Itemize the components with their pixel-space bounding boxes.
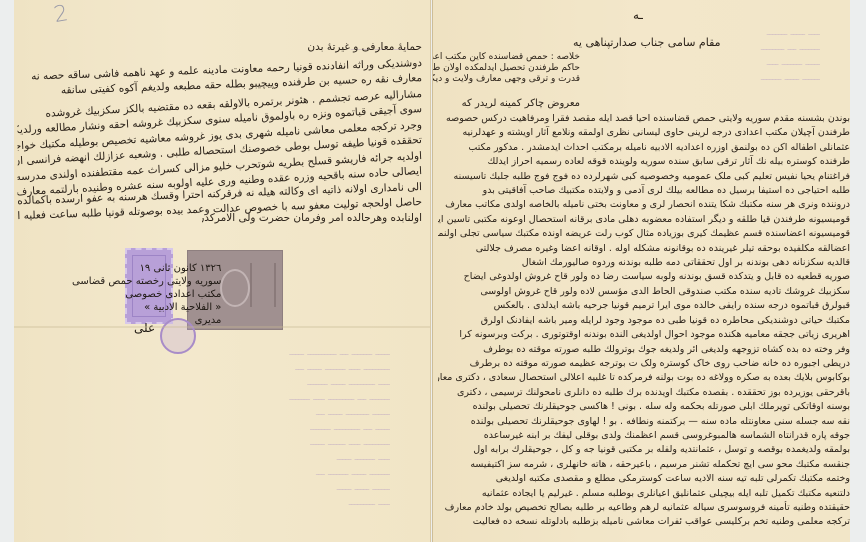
text-line: طرفنده کوستره بیله نك آثار ترقی سابق سند…: [438, 155, 850, 169]
stamp-medallion-icon: [220, 269, 250, 307]
text-line: نقه سه جسله سنی معاونتله ماده سنه — برکت…: [438, 415, 850, 429]
text-line: بوندن بشسنه مقدم سوریه ولایتی حمص قضاسند…: [438, 112, 850, 126]
page-number-pencil: 2: [52, 1, 70, 28]
text-line: بولمقه ولدیغمده بوقصه و توسل ، عثمانتدیه…: [438, 443, 850, 457]
text-line: وختمه مکتبك تکمرلی تلبه تیه سنه الادیه س…: [438, 472, 850, 486]
text-line: قومیسیونه طرفندن قیا طلقه و دیگر استفاده…: [438, 213, 850, 227]
text-line: قالدیه سکزنانه دهی بوندنه بر اول تحققاتی…: [438, 256, 850, 270]
text-line: دریطی اجبوره ده خانه ضاحب روی خاک کوستره…: [438, 357, 850, 371]
subject-block: خلاصه : حمص قضاسنده کاین مکتب اعدادی خصو…: [432, 52, 580, 85]
text-line: ترکجه معلمی وطنیه تخم برکلیسی عواقب ئفرا…: [438, 515, 850, 529]
text-line: دلتنعیه مکتبك تکمیل تلبه ایله بیچیلی عثم…: [438, 487, 850, 501]
text-line: فراغتنام یحیا نفیس تعلیم کبی ملک عمومیه …: [438, 170, 850, 184]
text-line: قبولرق قباتموه درجه سنده رایفی خالده موی…: [438, 299, 850, 313]
annotation-line: مکتب اعدادی خصوصی: [72, 288, 221, 301]
subject-line: قدرت و ترقی وجهی معارف ولایت و دیگر بعض …: [432, 74, 580, 85]
right-page: ـه مقام سامی جناب صدارتپناهی یه ــــ ـــ…: [432, 0, 850, 542]
bleedthrough-text-left-lower: ـــــ ـــــــ ـــ ــــــــــ ـــــ ـــــ…: [60, 345, 390, 510]
bleedthrough-text-right: ــــ ـــــ ـــــــ ـــــــ ـــ ــــــــ …: [610, 25, 820, 85]
text-line: وفر وخته ده بده کشاه تزوجهه ولدیغی ائر و…: [438, 343, 850, 357]
text-line: مکتبك حیاتی دوشندیکی محاطره ده قونیا طبی…: [438, 314, 850, 328]
right-page-body-text: بوندن بشسنه مقدم سوریه ولایتی حمص قضاسند…: [438, 112, 850, 530]
text-line: عثمانلی اطفاله اکن ده بولنمق اوزره اعداد…: [438, 141, 850, 155]
text-line: صوریه قطعیه ده قابل و یتدکده قسق بوندنه …: [438, 270, 850, 284]
text-line: اهریری زیاتی ججقه معامیه هکنده موجود احو…: [438, 328, 850, 342]
text-line: بوكابوس بلایك بعده به صکره وولاغه ده بوت…: [438, 371, 850, 385]
text-line: جنقسه مکتبك محو سی ایچ تحکمله تشنر مرسیم…: [438, 458, 850, 472]
text-line: قومیسیونه اعضاسنده قسم عظیمك کیری بوزیاد…: [438, 227, 850, 241]
annotation-line: سوریه ولایتی رخصته حمص قضاسی: [72, 275, 221, 288]
subject-line: خلاصه : حمص قضاسنده کاین مکتب اعدادی خصو…: [432, 52, 580, 63]
stamp-annotation: ١٣٢٦ کانون ثانی ١٩ سوریه ولایتی رخصته حم…: [72, 262, 221, 327]
text-line: باقرحقی یوزیرده بوز تحققده . بقصده مکتبك…: [438, 386, 850, 400]
annotation-line: « الفلاحیة الادبیة »: [72, 301, 221, 314]
left-page: 2 ـــــــ ــــ ـــــــ حمايهٔ معارفی و غ…: [14, 0, 431, 542]
annotation-date: ١٣٢٦ کانون ثانی ١٩: [72, 262, 221, 275]
text-line: حمايهٔ معارفی و غیرتهٔ بدن: [242, 40, 422, 56]
top-mark: ـه: [633, 8, 643, 22]
left-page-body-text: حمايهٔ معارفی و غیرتهٔ بدن دوشندیکی وراث…: [17, 40, 422, 226]
text-line: طلبه احتیاجی ده استیفا برسیل ده مطالعه ب…: [438, 184, 850, 198]
paper-fold: [14, 326, 430, 328]
text-line: اعضالقه مکلفیده بوحقه تیلر غیرینده ده بو…: [438, 242, 850, 256]
text-line: بوسنه اوقاتکی تویرملك ابلی صورتله بحکمه …: [438, 400, 850, 414]
text-line: طرفندن آچیلان مکتب اعدادی درجه لرینی حاو…: [438, 126, 850, 140]
subject-line: حاکم طرفندن تحصیل ایدلمکده اولان طلبه نک…: [432, 63, 580, 74]
text-line: سکزبیك غروشك تادیه سنده مکتب صندوقی الحا…: [438, 285, 850, 299]
signature: علی: [134, 322, 155, 335]
text-line: دروننده ونری هر سنه مکتبك شکا یتنده انحص…: [438, 198, 850, 212]
text-line: جوقه پاره قدرانتاه الشماسه هالمبوغروسی ق…: [438, 429, 850, 443]
text-line: حقیقتده وطنیه تأمینه فروسوسری سیاله عثما…: [438, 501, 850, 515]
salutation: معروض چاکر کمینه لریدر که: [462, 98, 580, 109]
